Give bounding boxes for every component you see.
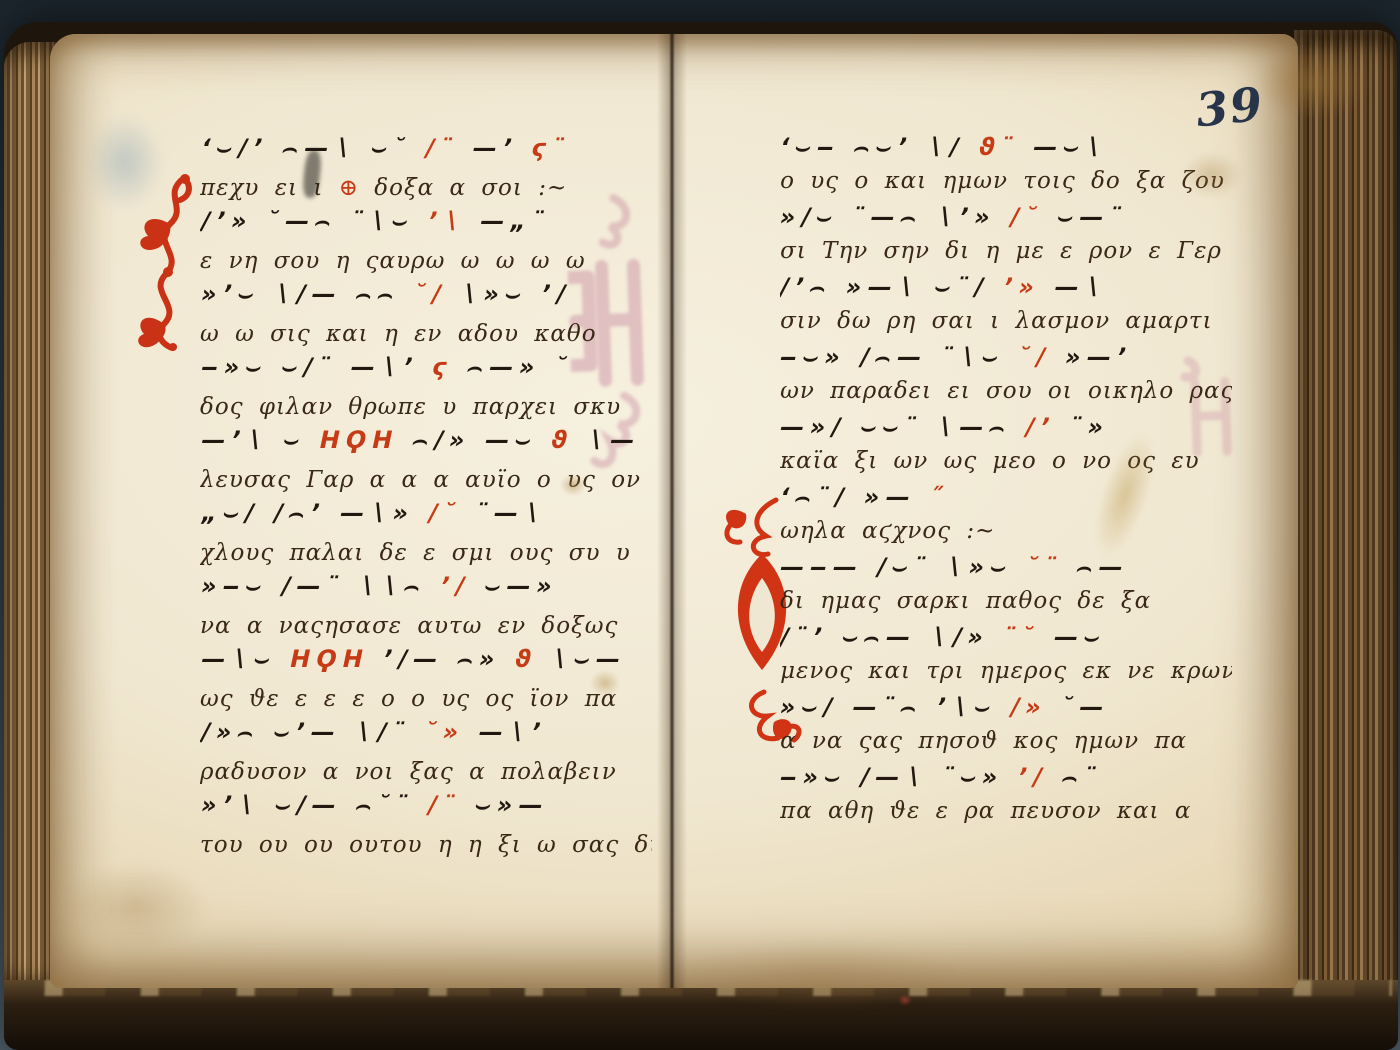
lyric-line: καϊα ξι ων ως μεο ο νο ος ευ	[780, 447, 1232, 478]
red-floral-vine-ornament	[132, 172, 204, 358]
neume-line: »⌣∕ —¨⌢ ʼ∖⌣ ∕» ˘—	[780, 688, 1232, 727]
parchment-spread: ʻ⌣∕ʼ ⌢—∖ ⌣˘ ∕¨ —ʼ ϛ¨πεχυ ει ι ⊕ δοξα α σ…	[50, 34, 1298, 988]
bottom-leather-binding	[4, 980, 1398, 1050]
neume-line: ʻ⌣∕ʼ ⌢—∖ ⌣˘ ∕¨ —ʼ ϛ¨	[200, 134, 652, 175]
gutter-shadow	[657, 34, 687, 988]
lyric-line: χλους παλαι δε ε σμι ους συ υ	[200, 540, 652, 572]
right-page-text-block: ʻ⌣‒ ⌢⌣ʼ ∖∕ ϑ¨ —⌣∖ο υς ο και ημων τοις δο…	[780, 128, 1232, 876]
lyric-line: του ου ου ουτου η η ξι ω σας δι	[200, 832, 652, 864]
manuscript-photo: ʻ⌣∕ʼ ⌢—∖ ⌣˘ ∕¨ —ʼ ϛ¨πεχυ ει ι ⊕ δοξα α σ…	[0, 0, 1400, 1050]
lyric-line: ων παραδει ει σου οι οικηλο ρας	[780, 377, 1232, 408]
folio-number: 39	[1193, 77, 1266, 138]
lyric-line: σιν δω ρη σαι ι λασμον αμαρτι	[780, 307, 1232, 338]
neume-line: ʻ⌣‒ ⌢⌣ʼ ∖∕ ϑ¨ —⌣∖	[780, 128, 1232, 167]
neume-line: „⌣∕ ∕⌢ʼ —∖» ∕˘ ¨—∖	[200, 499, 652, 540]
lyric-line: δος φιλαν θρωπε υ παρχει σκυ	[200, 394, 652, 426]
neume-line: »ʼ∖ ⌣∕— ⌢˘¨ ∕¨ ⌣»—	[200, 791, 652, 832]
lyric-line: λευσας Γαρ α α α αυϊο ο υς ον	[200, 467, 652, 499]
neume-line: —‒— ∕⌣¨ ∖»⌣ ˘¨ ⌢—	[780, 548, 1232, 587]
left-page-edge-stack	[4, 42, 56, 994]
neume-line: ∕¨ʼ ⌣⌢— ∖∕» ¨˘ —⌣	[780, 618, 1232, 657]
neume-line: ʻ⌢¨∕ »— ˝	[780, 478, 1232, 517]
neume-line: ∕ʼ» ˘—⌢ ¨∖⌣ ʼ∖ —„¨	[200, 207, 652, 248]
neume-line: »∕⌣ ¨—⌢ ∖ʼ» ∕˘ ⌣—¨	[780, 198, 1232, 237]
neume-line: —»∕ ⌣⌣¨ ∖—⌢ ∕ʼ ¨»	[780, 408, 1232, 447]
neume-line: ∕»⌢ ⌣ʼ— ∖∕¨ ˘» —∖ʼ	[200, 718, 652, 759]
lyric-line: ο υς ο και ημων τοις δο ξα ζου	[780, 167, 1232, 198]
neume-line: —ʼ∖ ⌣ ΗϘΗ ⌢∕» —⌣ ϑ ∖—	[200, 426, 652, 467]
lyric-line: να α ναςησασε αυτω εν δοξως	[200, 613, 652, 645]
lyric-line: ω ω σις και η εν αδου καθο	[200, 321, 652, 353]
neume-line: ‒»⌣ ∕—∖ ¨⌣» ʼ∕ ⌢¨	[780, 758, 1232, 797]
lyric-line: ε νη σου η ςαυρω ω ω ω ω	[200, 248, 652, 280]
lyric-line: ωηλα αϛχνος :~	[780, 517, 1232, 548]
right-fore-edge-stack	[1294, 30, 1398, 1020]
left-page-text-block: ʻ⌣∕ʼ ⌢—∖ ⌣˘ ∕¨ —ʼ ϛ¨πεχυ ει ι ⊕ δοξα α σ…	[200, 134, 652, 882]
neume-line: ‒»⌣ ⌣∕¨ —∖ʼ ϛ ⌢—» ˘	[200, 353, 652, 394]
neume-line: ‒⌣» ∕⌢— ¨∖⌣ ˘∕ »—ʼ	[780, 338, 1232, 377]
open-book: ʻ⌣∕ʼ ⌢—∖ ⌣˘ ∕¨ —ʼ ϛ¨πεχυ ει ι ⊕ δοξα α σ…	[4, 22, 1398, 1050]
lyric-line: πα αθη ϑε ε ρα πευσον και α	[780, 797, 1232, 828]
lyric-line: δι ημας σαρκι παθος δε ξα	[780, 587, 1232, 618]
neume-line: ∕ʼ⌢ »—∖ ⌣¨∕ ʼ» —∖	[780, 268, 1232, 307]
lyric-line: ραδυσον α νοι ξας α πολαβειν	[200, 759, 652, 791]
lyric-line: ως ϑε ε ε ε ο ο υς ος ϊον πα	[200, 686, 652, 718]
neume-line: »ʼ⌣ ∖∕— ⌢⌢ ˘∕ ∖»⌣ ʼ∕	[200, 280, 652, 321]
neume-line: —∖⌣ ΗϘΗ ʼ∕— ⌢» ϑ ∖⌣—	[200, 645, 652, 686]
neume-line: »‒⌣ ∕—¨ ∖∖⌢ ʼ∕ ⌣—»	[200, 572, 652, 613]
lyric-line: πεχυ ει ι ⊕ δοξα α σοι :~	[200, 175, 652, 207]
lyric-line: α να ςας πησοϑ κος ημων πα	[780, 727, 1232, 758]
lyric-line: μενος και τρι ημερος εκ νε κρων	[780, 657, 1232, 688]
lyric-line: σι Την σην δι η με ε ρον ε Γερ	[780, 237, 1232, 268]
